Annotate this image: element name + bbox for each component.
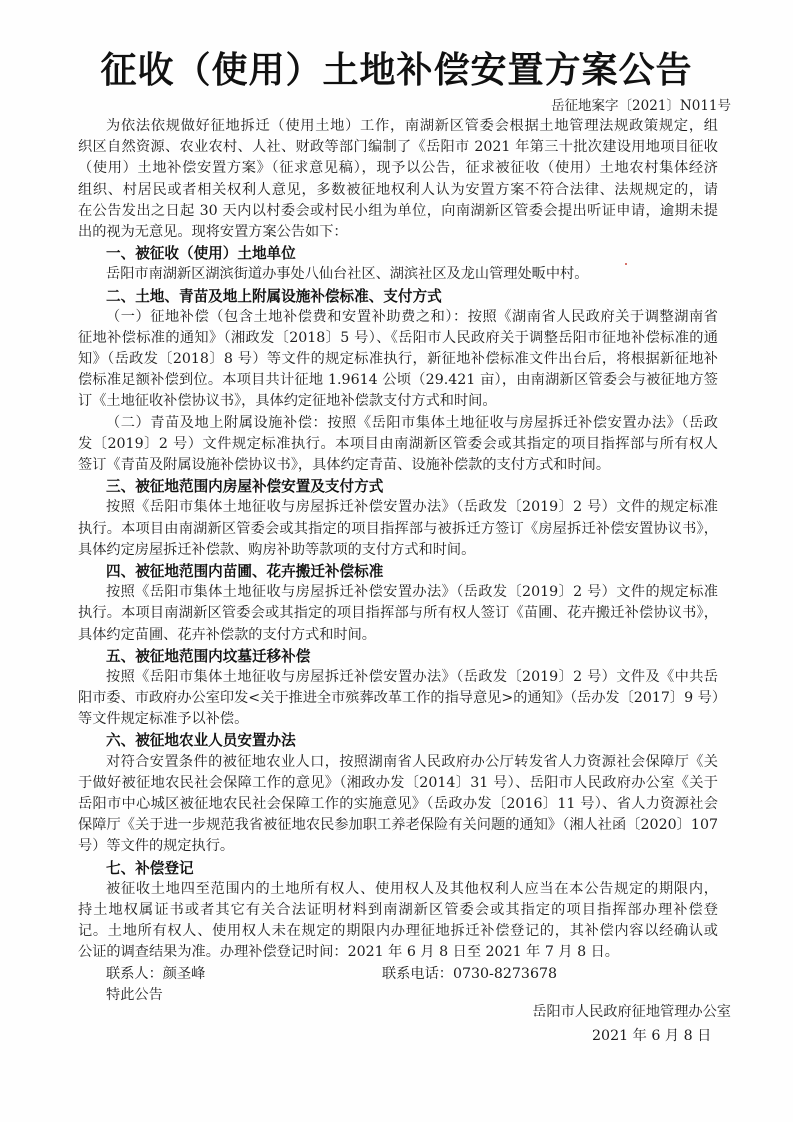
text-line: 执行。本项目南湖新区管委会或其指定的项目指挥部与所有权人签订《苗圃、花卉搬迁补偿… bbox=[78, 603, 718, 624]
text-line: （一）征地补偿（包含土地补偿费和安置补助费之和）：按照《湖南省人民政府关于调整湖… bbox=[78, 307, 718, 328]
document-number: 岳征地案字〔2021〕N011号 bbox=[551, 96, 731, 116]
section-7: 七、补偿登记 被征收土地四至范围内的土地所有权人、使用权人及其他权利人应当在本公… bbox=[78, 858, 718, 964]
section-heading: 三、被征地范围内房屋补偿安置及支付方式 bbox=[78, 476, 718, 497]
text-line: 对符合安置条件的被征地农业人口，按照湖南省人民政府办公厅转发省人力资源社会保障厅… bbox=[78, 752, 718, 773]
section-6: 六、被征地农业人员安置办法 对符合安置条件的被征地农业人口，按照湖南省人民政府办… bbox=[78, 730, 718, 857]
text-line: 具体约定苗圃、花卉补偿款的支付方式和时间。 bbox=[78, 625, 718, 646]
paragraph: （一）征地补偿（包含土地补偿费和安置补助费之和）：按照《湖南省人民政府关于调整湖… bbox=[78, 307, 718, 413]
text-line: 执行。本项目由南湖新区管委会或其指定的项目指挥部与被拆迁方签订《房屋拆迁补偿安置… bbox=[78, 519, 718, 540]
contact-person: 联系人：颜圣峰 bbox=[106, 964, 205, 985]
text-line: 组织、村居民或者相关权利人意见，多数被征地权利人认为安置方案不符合法律、法规规定… bbox=[78, 180, 718, 201]
scan-speck bbox=[625, 263, 627, 265]
contact-phone: 联系电话：0730-8273678 bbox=[382, 964, 557, 985]
text-line: 记。土地所有权人、使用权人未在规定的期限内办理征地拆迁补偿登记的，其补偿内容以经… bbox=[78, 921, 718, 942]
text-line: 号）等文件的规定执行。 bbox=[78, 836, 718, 857]
text-line: 公证的调查结果为准。办理补偿登记时间：2021 年 6 月 8 日至 2021 … bbox=[78, 942, 718, 963]
text-line: 阳市委、市政府办公室印发<关于推进全市殡葬改革工作的指导意见>的通知》（岳办发〔… bbox=[78, 688, 718, 709]
text-line: 订《土地征收补偿协议书》，具体约定征地补偿款支付方式和时间。 bbox=[78, 391, 718, 412]
text-line: 持土地权属证书或者其它有关合法证明材料到南湖新区管委会或其指定的项目指挥部办理补… bbox=[78, 900, 718, 921]
text-line: 织区自然资源、农业农村、人社、财政等部门编制了《岳阳市 2021 年第三十批次建… bbox=[78, 137, 718, 158]
section-2: 二、土地、青苗及地上附属设施补偿标准、支付方式 （一）征地补偿（包含土地补偿费和… bbox=[78, 286, 718, 477]
document-title: 征收（使用）土地补偿安置方案公告 bbox=[0, 45, 793, 95]
text-line: 按照《岳阳市集体土地征收与房屋拆迁补偿安置办法》（岳政发〔2019〕2 号）文件… bbox=[78, 582, 718, 603]
signature-block: 岳阳市人民政府征地管理办公室 2021 年 6 月 8 日 bbox=[532, 1000, 731, 1048]
section-4: 四、被征地范围内苗圃、花卉搬迁补偿标准 按照《岳阳市集体土地征收与房屋拆迁补偿安… bbox=[78, 561, 718, 646]
text-line: 等文件规定标准予以补偿。 bbox=[78, 709, 718, 730]
text-line: 保障厅《关于进一步规范我省被征地农民参加职工养老保险有关问题的通知》（湘人社函〔… bbox=[78, 815, 718, 836]
text-line: 在公告发出之日起 30 天内以村委会或村民小组为单位，向南湖新区管委会提出听证申… bbox=[78, 201, 718, 222]
section-heading: 七、补偿登记 bbox=[78, 858, 718, 879]
section-heading: 四、被征地范围内苗圃、花卉搬迁补偿标准 bbox=[78, 561, 718, 582]
text-line: 发〔2019〕2 号）文件规定标准执行。本项目由南湖新区管委会或其指定的项目指挥… bbox=[78, 434, 718, 455]
document-page: 征收（使用）土地补偿安置方案公告 岳征地案字〔2021〕N011号 为依法依规做… bbox=[0, 0, 793, 1122]
section-heading: 五、被征地范围内坟墓迁移补偿 bbox=[78, 646, 718, 667]
paragraph: （二）青苗及地上附属设施补偿：按照《岳阳市集体土地征收与房屋拆迁补偿安置办法》（… bbox=[78, 413, 718, 477]
text-line: （二）青苗及地上附属设施补偿：按照《岳阳市集体土地征收与房屋拆迁补偿安置办法》（… bbox=[78, 413, 718, 434]
text-line: 知》（岳政发〔2018〕8 号）等文件的规定标准执行，新征地补偿标准文件出台后，… bbox=[78, 349, 718, 370]
issuing-organization: 岳阳市人民政府征地管理办公室 bbox=[532, 1000, 731, 1024]
section-heading: 二、土地、青苗及地上附属设施补偿标准、支付方式 bbox=[78, 286, 718, 307]
section-heading: 一、被征收（使用）土地单位 bbox=[78, 243, 718, 264]
text-line: 出的视为无意见。现将安置方案公告如下： bbox=[78, 222, 718, 243]
text-line: 按照《岳阳市集体土地征收与房屋拆迁补偿安置办法》（岳政发〔2019〕2 号）文件… bbox=[78, 497, 718, 518]
text-line: 按照《岳阳市集体土地征收与房屋拆迁补偿安置办法》（岳政发〔2019〕2 号）文件… bbox=[78, 667, 718, 688]
document-body: 为依法依规做好征地拆迁（使用土地）工作，南湖新区管委会根据土地管理法规政策规定，… bbox=[78, 116, 718, 1006]
section-1: 一、被征收（使用）土地单位 岳阳市南湖新区湖滨街道办事处八仙台社区、湖滨社区及龙… bbox=[78, 243, 718, 285]
text-line: 于做好被征地农民社会保障工作的意见》（湘政办发〔2014〕31 号）、岳阳市人民… bbox=[78, 773, 718, 794]
text-line: 偿标准足额补偿到位。本项目共计征地 1.9614 公顷（29.421 亩），由南… bbox=[78, 370, 718, 391]
text-line: 征地补偿标准的通知》（湘政发〔2018〕5 号）、《岳阳市人民政府关于调整岳阳市… bbox=[78, 328, 718, 349]
section-5: 五、被征地范围内坟墓迁移补偿 按照《岳阳市集体土地征收与房屋拆迁补偿安置办法》（… bbox=[78, 646, 718, 731]
section-heading: 六、被征地农业人员安置办法 bbox=[78, 730, 718, 751]
text-line: 岳阳市中心城区被征地农民社会保障工作的实施意见》（岳政办发〔2016〕11 号）… bbox=[78, 794, 718, 815]
contact-info: 联系人：颜圣峰 联系电话：0730-8273678 bbox=[78, 964, 718, 985]
text-line: 签订《青苗及附属设施补偿协议书》，具体约定青苗、设施补偿款的支付方式和时间。 bbox=[78, 455, 718, 476]
intro-paragraph: 为依法依规做好征地拆迁（使用土地）工作，南湖新区管委会根据土地管理法规政策规定，… bbox=[78, 116, 718, 243]
text-line: （使用）土地补偿安置方案》（征求意见稿），现予以公告，征求被征收（使用）土地农村… bbox=[78, 158, 718, 179]
text-line: 为依法依规做好征地拆迁（使用土地）工作，南湖新区管委会根据土地管理法规政策规定，… bbox=[78, 116, 718, 137]
text-line: 岳阳市南湖新区湖滨街道办事处八仙台社区、湖滨社区及龙山管理处畈中村。 bbox=[78, 264, 718, 285]
issue-date: 2021 年 6 月 8 日 bbox=[532, 1024, 731, 1048]
section-3: 三、被征地范围内房屋补偿安置及支付方式 按照《岳阳市集体土地征收与房屋拆迁补偿安… bbox=[78, 476, 718, 561]
text-line: 被征收土地四至范围内的土地所有权人、使用权人及其他权利人应当在本公告规定的期限内… bbox=[78, 879, 718, 900]
text-line: 具体约定房屋拆迁补偿款、购房补助等款项的支付方式和时间。 bbox=[78, 540, 718, 561]
